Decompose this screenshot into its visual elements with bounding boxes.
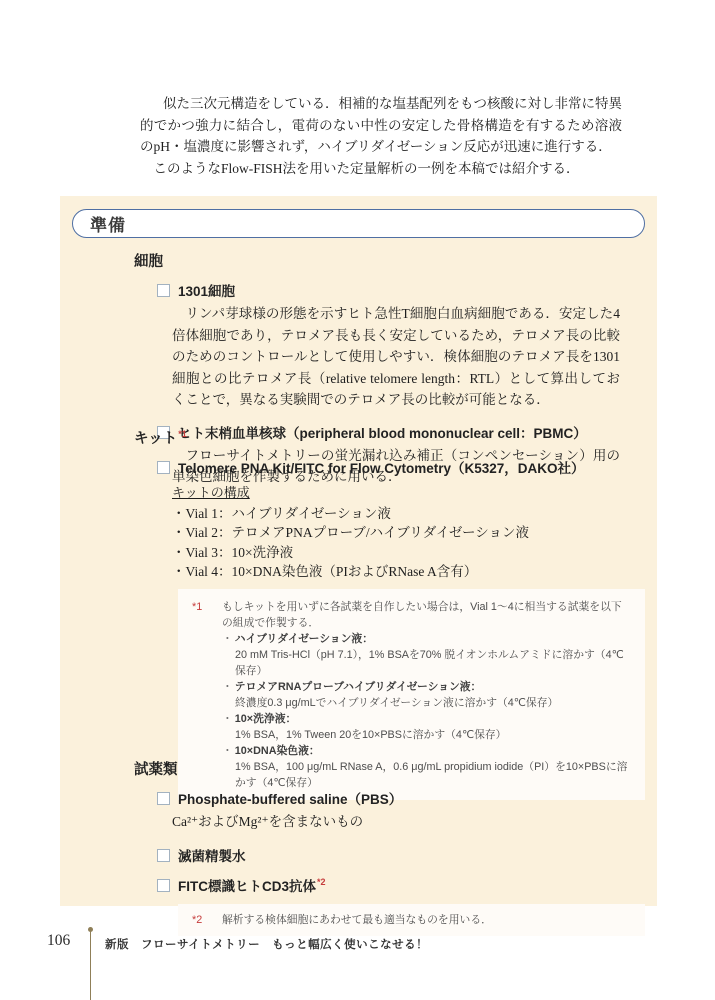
footnote-marker-1: *1 [192, 599, 222, 631]
recipe-detail: 終濃度0.3 μg/mLでハイブリダイゼーション液に溶かす（4℃保存） [235, 695, 631, 711]
intro-paragraphs: 似た三次元構造をしている．相補的な塩基配列をもつ核酸に対し非常に特異的でかつ強力… [140, 93, 622, 179]
checklist-item-1301-cells: 1301細胞 [157, 280, 657, 300]
book-title: 新版 フローサイトメトリー もっと幅広く使いこなせる！ [105, 936, 428, 952]
checklist-item-sterile-water: 滅菌精製水 [157, 845, 657, 865]
recipe-detail: 1% BSA，1% Tween 20を10×PBSに溶かす（4℃保存） [235, 727, 631, 743]
checklist-item-label: 1301細胞 [178, 280, 235, 300]
vial-list-item: ・Vial 1：ハイブリダイゼーション液 [172, 506, 657, 521]
footnote-head: *2 解析する検体細胞にあわせて最も適当なものを用いる． [192, 912, 631, 928]
recipe-wash-buffer: ・10×洗浄液： 1% BSA，1% Tween 20を10×PBSに溶かす（4… [222, 711, 631, 743]
recipe-name-text: テロメアRNAプローブハイブリダイゼーション液： [235, 681, 482, 693]
vial-list-item: ・Vial 2：テロメアPNAプローブ/ハイブリダイゼーション液 [172, 525, 657, 540]
checkbox-icon [157, 849, 170, 862]
recipe-telomere-probe: ・テロメアRNAプローブハイブリダイゼーション液： 終濃度0.3 μg/mLでハ… [222, 679, 631, 711]
bullet-icon: ・ [222, 713, 233, 725]
checklist-item-fitc-cd3: FITC標識ヒトCD3抗体*2 [157, 875, 657, 895]
kit-heading: キット*1 [134, 427, 657, 448]
kit-section: キット*1 Telomere PNA Kit/FITC for Flow Cyt… [60, 427, 657, 800]
reagents-section: 試薬類 Phosphate-buffered saline（PBS） Ca²⁺お… [60, 758, 657, 936]
checklist-item-description: リンパ芽球様の形態を示すヒト急性T細胞白血病細胞である．安定した4倍体細胞であり… [172, 303, 620, 411]
footnote-head: *1 もしキットを用いずに各試薬を自作したい場合は，Vial 1～4に相当する試… [192, 599, 631, 631]
checkbox-icon [157, 284, 170, 297]
vial-list-item: ・Vial 3：10×洗浄液 [172, 545, 657, 560]
footnote-marker-2: *2 [192, 912, 222, 928]
intro-paragraph-2: このようなFlow-FISH法を用いた定量解析の一例を本稿では紹介する． [140, 158, 622, 180]
checklist-item-telomere-kit: Telomere PNA Kit/FITC for Flow Cytometry… [157, 457, 657, 477]
footnote-ref-1: *1 [178, 429, 187, 439]
page-number: 106 [47, 932, 70, 950]
checkbox-icon [157, 461, 170, 474]
recipe-name-text: ハイブリダイゼーション液： [235, 633, 373, 645]
checklist-item-label: Telomere PNA Kit/FITC for Flow Cytometry… [178, 457, 585, 477]
recipe-name: ・10×洗浄液： [222, 711, 631, 727]
bullet-icon: ・ [222, 633, 233, 645]
recipe-name: ・ハイブリダイゼーション液： [222, 631, 631, 647]
intro-paragraph-1: 似た三次元構造をしている．相補的な塩基配列をもつ核酸に対し非常に特異的でかつ強力… [140, 93, 622, 158]
checklist-item-label-text: FITC標識ヒトCD3抗体 [178, 879, 316, 894]
footnote-text: 解析する検体細胞にあわせて最も適当なものを用いる． [222, 912, 631, 928]
section-title-pill: 準備 [72, 209, 645, 238]
checkbox-icon [157, 879, 170, 892]
checklist-item-description: Ca²⁺およびMg²⁺を含まないもの [172, 811, 620, 833]
checklist-item-label: Phosphate-buffered saline（PBS） [178, 788, 402, 808]
reagents-heading: 試薬類 [134, 758, 657, 779]
recipe-hybridization: ・ハイブリダイゼーション液： 20 mM Tris-HCl（pH 7.1），1%… [222, 631, 631, 679]
section-title: 準備 [90, 211, 126, 236]
footnote-box-2: *2 解析する検体細胞にあわせて最も適当なものを用いる． [178, 904, 645, 936]
recipe-name: ・10×DNA染色液： [222, 743, 631, 759]
footnote-ref-2: *2 [317, 877, 326, 887]
kit-heading-text: キット [134, 431, 177, 447]
footnote-intro: もしキットを用いずに各試薬を自作したい場合は，Vial 1～4に相当する試薬を以… [222, 599, 631, 631]
recipe-name-text: 10×DNA染色液： [235, 745, 320, 757]
checklist-item-label: FITC標識ヒトCD3抗体*2 [178, 875, 326, 895]
bullet-icon: ・ [222, 681, 233, 693]
recipe-detail: 20 mM Tris-HCl（pH 7.1），1% BSAを70% 脱イオンホル… [235, 647, 631, 679]
vial-list-item: ・Vial 4：10×DNA染色液（PIおよびRNase A含有） [172, 564, 657, 579]
recipe-name-text: 10×洗浄液： [235, 713, 297, 725]
footer-vertical-rule [90, 930, 91, 1000]
checklist-item-label: 滅菌精製水 [178, 845, 246, 865]
checklist-item-pbs: Phosphate-buffered saline（PBS） [157, 788, 657, 808]
cells-heading: 細胞 [134, 250, 657, 271]
checkbox-icon [157, 792, 170, 805]
kit-composition-title: キットの構成 [172, 482, 657, 501]
preparation-panel: 準備 細胞 1301細胞 リンパ芽球様の形態を示すヒト急性T細胞白血病細胞である… [60, 196, 657, 906]
recipe-name: ・テロメアRNAプローブハイブリダイゼーション液： [222, 679, 631, 695]
bullet-icon: ・ [222, 745, 233, 757]
